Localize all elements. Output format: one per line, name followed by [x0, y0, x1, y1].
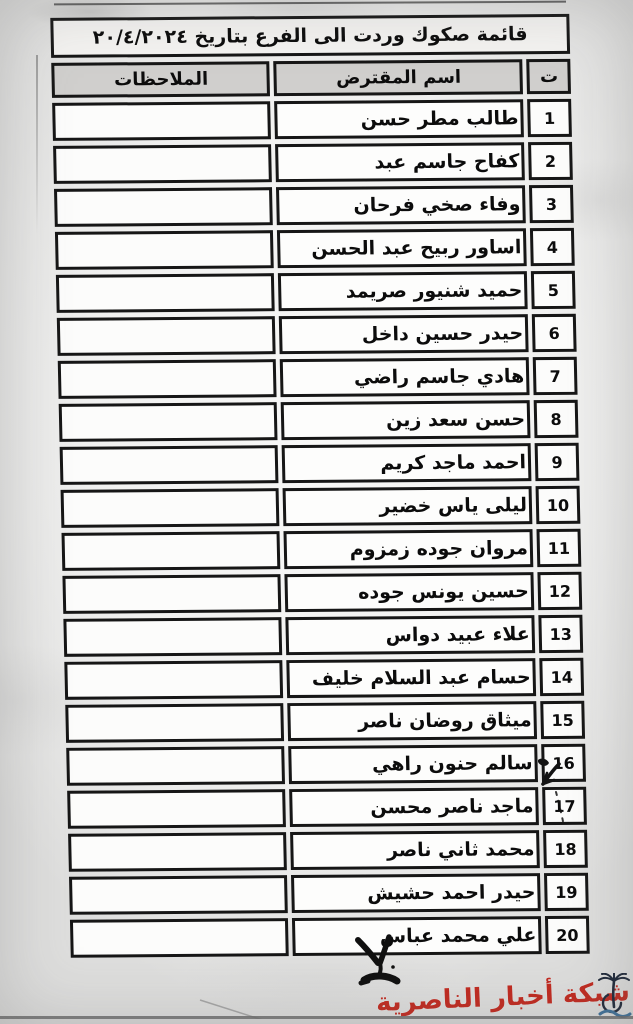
borrower-name-cell: سالم حنون راهي: [288, 744, 538, 784]
notes-cell: [61, 488, 280, 528]
table-row: 12 حسين يونس جوده: [62, 572, 582, 614]
col-header-index: ت: [526, 59, 571, 94]
row-index-cell: 12: [537, 572, 582, 610]
notes-cell: [68, 832, 287, 872]
borrower-name-cell: حيدر احمد حشيش: [291, 873, 541, 913]
col-header-notes: الملاحظات: [51, 61, 270, 98]
notes-cell: [67, 789, 286, 829]
table-row: 7 هادي جاسم راضي: [58, 357, 578, 399]
row-index-cell: 2: [528, 142, 573, 180]
borrower-name-cell: هادي جاسم راضي: [280, 357, 530, 397]
borrower-name-cell: مروان جوده زمزوم: [283, 529, 533, 569]
palm-emblem-icon: [598, 973, 632, 1020]
notes-cell: [70, 918, 289, 958]
table-row: 18 محمد ثاني ناصر: [68, 830, 588, 872]
borrower-name-cell: وفاء صخي فرحان: [276, 185, 526, 225]
table-row: 2 كفاح جاسم عبد: [53, 142, 573, 184]
row-index-cell: 5: [531, 271, 576, 309]
table-row: 5 حميد شنيور صريمد: [56, 271, 576, 313]
row-index-cell: 13: [538, 615, 583, 653]
borrower-name-cell: احمد ماجد كريم: [282, 443, 532, 483]
checks-table: قائمة صكوك وردت الى الفرع بتاريخ ٢٠/٤/٢٠…: [46, 9, 594, 963]
table-row: 13 علاء عبيد دواس: [63, 615, 583, 657]
row-index-cell: 18: [543, 830, 588, 868]
photo-bottom-strip: [0, 1019, 633, 1024]
notes-cell: [69, 875, 288, 915]
borrower-name-cell: علي محمد عباس: [292, 916, 542, 956]
scanned-document-page: قائمة صكوك وردت الى الفرع بتاريخ ٢٠/٤/٢٠…: [0, 0, 633, 1024]
table-row: 6 حيدر حسين داخل: [57, 314, 577, 356]
table-row: 15 ميثاق روضان ناصر: [65, 701, 585, 743]
row-index-cell: 11: [536, 529, 581, 567]
notes-cell: [63, 617, 282, 657]
borrower-name-cell: طالب مطر حسن: [274, 99, 524, 139]
borrower-name-cell: حسام عبد السلام خليف: [286, 658, 536, 698]
borrower-name-cell: حسن سعد زين: [281, 400, 531, 440]
row-index-cell: 4: [530, 228, 575, 266]
table-row: 11 مروان جوده زمزوم: [61, 529, 581, 571]
notes-cell: [59, 402, 278, 442]
table-row: 4 اساور ربيح عبد الحسن: [55, 228, 575, 270]
row-index-cell: 9: [535, 443, 580, 481]
notes-cell: [58, 359, 277, 399]
borrower-name-cell: حميد شنيور صريمد: [278, 271, 528, 311]
row-index-cell: 15: [540, 701, 585, 739]
table-title: قائمة صكوك وردت الى الفرع بتاريخ ٢٠/٤/٢٠…: [50, 14, 570, 58]
table-row: 10 ليلى ياس خضير: [61, 486, 581, 528]
header-row: ت اسم المقترض الملاحظات: [51, 59, 571, 98]
notes-cell: [56, 273, 275, 313]
row-index-cell: 17: [542, 787, 587, 825]
page-left-edge-line: [36, 55, 38, 235]
table-row: 9 احمد ماجد كريم: [60, 443, 580, 485]
table-row: 3 وفاء صخي فرحان: [54, 185, 574, 227]
borrower-name-cell: ليلى ياس خضير: [283, 486, 533, 526]
table-row: 8 حسن سعد زين: [59, 400, 579, 442]
table-row: 14 حسام عبد السلام خليف: [64, 658, 584, 700]
row-index-cell: 8: [534, 400, 579, 438]
borrower-name-cell: علاء عبيد دواس: [285, 615, 535, 655]
table-row: 20 علي محمد عباس: [70, 916, 590, 958]
notes-cell: [55, 230, 274, 270]
row-index-cell: 7: [533, 357, 578, 395]
borrower-name-cell: حسين يونس جوده: [284, 572, 534, 612]
notes-cell: [65, 703, 284, 743]
row-index-cell: 20: [545, 916, 590, 954]
notes-cell: [66, 746, 285, 786]
table-row: 17 ماجد ناصر محسن: [67, 787, 587, 829]
row-index-cell: 16: [541, 744, 586, 782]
notes-cell: [54, 187, 273, 227]
table-row: 16 سالم حنون راهي: [66, 744, 586, 786]
table-row: 19 حيدر احمد حشيش: [69, 873, 589, 915]
notes-cell: [52, 101, 271, 141]
notes-cell: [61, 531, 280, 571]
borrower-name-cell: اساور ربيح عبد الحسن: [277, 228, 527, 268]
notes-cell: [64, 660, 283, 700]
borrower-name-cell: ميثاق روضان ناصر: [287, 701, 537, 741]
table-row: 1 طالب مطر حسن: [52, 99, 572, 141]
borrower-name-cell: كفاح جاسم عبد: [275, 142, 525, 182]
notes-cell: [57, 316, 276, 356]
row-index-cell: 1: [527, 99, 572, 137]
borrower-name-cell: ماجد ناصر محسن: [289, 787, 539, 827]
row-index-cell: 19: [544, 873, 589, 911]
borrower-name-cell: حيدر حسين داخل: [279, 314, 529, 354]
notes-cell: [60, 445, 279, 485]
row-index-cell: 10: [536, 486, 581, 524]
col-header-borrower: اسم المقترض: [273, 59, 523, 96]
checks-table-body: قائمة صكوك وردت الى الفرع بتاريخ ٢٠/٤/٢٠…: [50, 14, 589, 958]
title-row: قائمة صكوك وردت الى الفرع بتاريخ ٢٠/٤/٢٠…: [50, 14, 570, 58]
checks-table-container: قائمة صكوك وردت الى الفرع بتاريخ ٢٠/٤/٢٠…: [40, 2, 600, 926]
row-index-cell: 14: [539, 658, 584, 696]
row-index-cell: 6: [532, 314, 577, 352]
borrower-name-cell: محمد ثاني ناصر: [290, 830, 540, 870]
notes-cell: [62, 574, 281, 614]
row-index-cell: 3: [529, 185, 574, 223]
notes-cell: [53, 144, 272, 184]
